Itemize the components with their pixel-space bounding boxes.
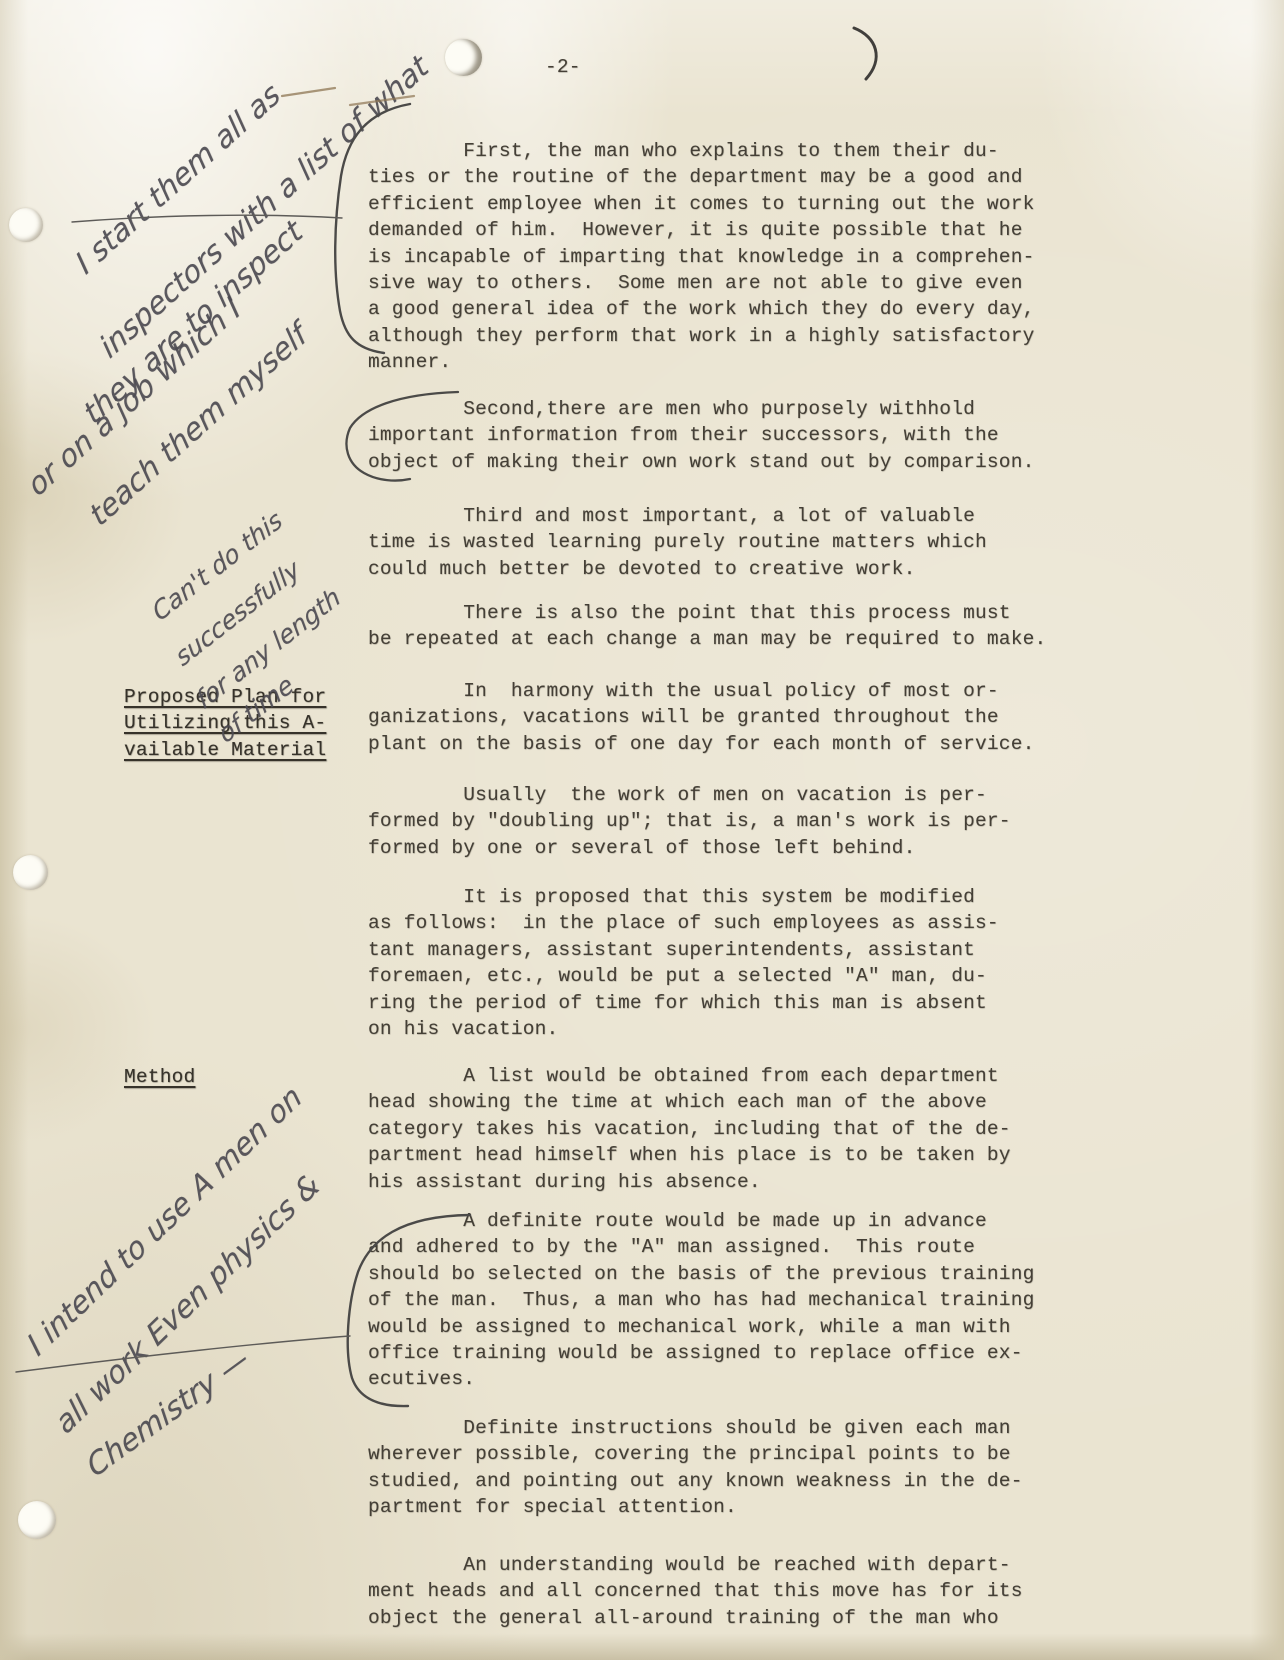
brace-first-paragraph (335, 104, 410, 353)
crescent-pen-mark (854, 28, 876, 79)
pointer-line-top (72, 215, 342, 222)
staple-mark-2 (350, 96, 414, 105)
brace-second-paragraph (346, 392, 458, 481)
staple-mark-1 (282, 88, 335, 96)
pointer-line-bottom (16, 1336, 350, 1372)
handdrawn-marks-layer (0, 0, 1284, 1660)
memo-page: -2- First, the man who explains to them … (0, 0, 1284, 1660)
brace-route-paragraph (348, 1215, 470, 1406)
